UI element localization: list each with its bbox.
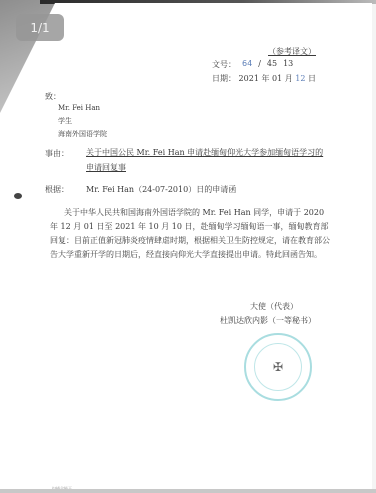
document-number: 文号： 64 / 45 13 xyxy=(212,59,293,70)
subject-label: 事由： xyxy=(45,148,69,159)
subject-text: 关于中国公民 Mr. Fei Han 申请赴缅甸仰光大学参加缅甸语学习的申请回复… xyxy=(86,145,326,175)
doc-number-sep: / xyxy=(258,59,261,70)
recipient-institution: 海南外国语学院 xyxy=(58,128,107,141)
doc-number-part2: 13 xyxy=(283,59,293,70)
document-page: （参考译文） 文号： 64 / 45 13 日期： 2021 年 01 月 12… xyxy=(0,3,372,489)
recipient-role: 学生 xyxy=(58,115,107,128)
reference-translation-label: （参考译文） xyxy=(268,46,316,57)
body-paragraph: 关于中华人民共和国海南外国语学院的 Mr. Fei Han 同学，申请于 202… xyxy=(50,206,332,262)
date-handwritten-day: 12 xyxy=(295,74,305,83)
basis-text: Mr. Fei Han（24-07-2010）日的申请函 xyxy=(86,184,236,195)
document-date: 日期： 2021 年 01 月 12 日 xyxy=(212,73,316,84)
page-indicator: 1/1 xyxy=(16,14,64,41)
date-suffix: 日 xyxy=(308,74,316,83)
recipient-block: Mr. Fei Han 学生 海南外国语学院 xyxy=(58,102,107,141)
recipient-name: Mr. Fei Han xyxy=(58,102,107,115)
doc-number-label: 文号： xyxy=(212,59,236,70)
signature-title: 大使（代表） xyxy=(250,301,298,312)
embassy-seal-icon: ✠ xyxy=(244,333,312,401)
to-label: 致： xyxy=(45,91,61,102)
viewer-bottom-bar xyxy=(0,489,376,493)
doc-number-handwritten: 64 xyxy=(242,59,252,70)
punch-hole-mark xyxy=(14,193,22,199)
doc-number-part1: 45 xyxy=(267,59,277,70)
date-text: 2021 年 01 月 xyxy=(239,74,293,83)
signature-name: 杜凯达欣内影（一等秘书） xyxy=(220,315,316,326)
seal-figure-icon: ✠ xyxy=(254,343,302,391)
document-viewer: （参考译文） 文号： 64 / 45 13 日期： 2021 年 01 月 12… xyxy=(0,0,376,493)
basis-label: 根据： xyxy=(45,184,69,195)
date-label: 日期： xyxy=(212,74,236,83)
